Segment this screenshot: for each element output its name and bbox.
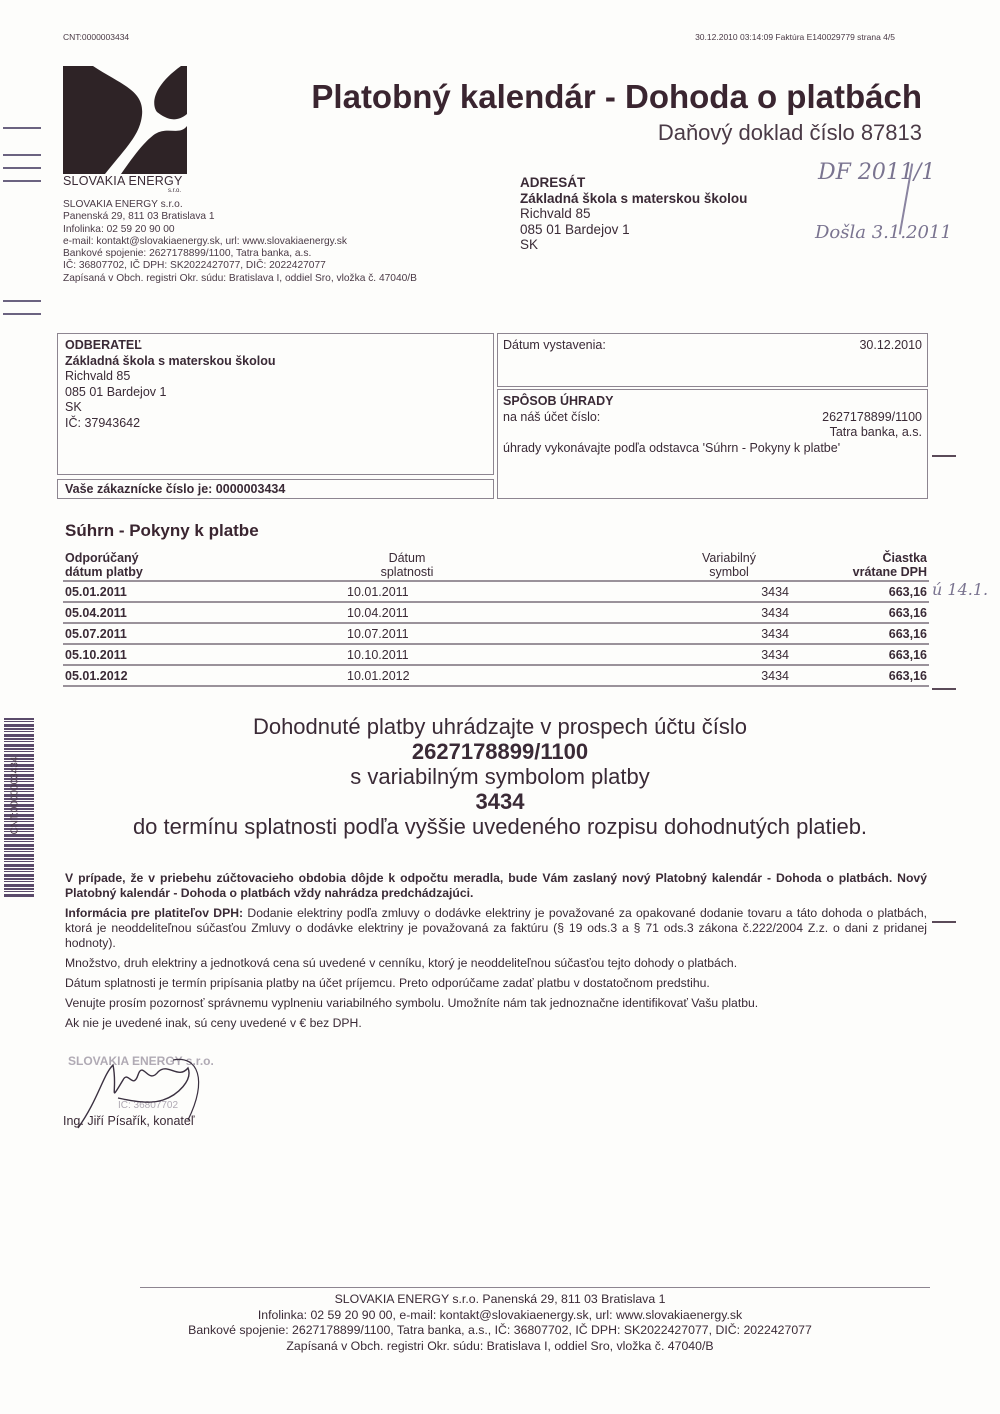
instruction-line: Dohodnuté platby uhrádzajte v prospech ú… [60, 714, 940, 739]
addressee-country: SK [520, 237, 747, 253]
instruction-variable-symbol: 3434 [60, 789, 940, 814]
payment-method-heading: SPÔSOB ÚHRADY [503, 394, 922, 410]
margin-mark [932, 688, 956, 690]
addressee-street: Richvald 85 [520, 206, 747, 222]
company-line: SLOVAKIA ENERGY s.r.o. [63, 199, 417, 211]
margin-mark [932, 921, 956, 923]
payment-schedule-table: Odporúčanýdátum platby Dátumsplatnosti V… [63, 549, 929, 687]
instruction-line: s variabilným symbolom platby [60, 764, 940, 789]
amount-cell: 663,16 [829, 665, 929, 686]
margin-mark [3, 313, 41, 315]
table-row: 05.04.201110.04.20113434663,16 [63, 602, 929, 623]
company-line: Infolinka: 02 59 20 90 00 [63, 224, 417, 236]
note-paragraph: Dátum splatnosti je termín pripísania pl… [65, 976, 927, 991]
account-number: 2627178899/1100 [822, 410, 922, 426]
customer-name: Základná škola s materskou školou [65, 354, 486, 370]
company-line: IČ: 36807702, IČ DPH: SK2022427077, DIČ:… [63, 260, 417, 272]
issue-date-box: Dátum vystavenia: 30.12.2010 [497, 333, 928, 387]
signatory-name: Ing. Jiří Písařík, konateľ [63, 1114, 194, 1128]
barcode-text: CNT:0000003434 [10, 741, 21, 851]
addressee-block: ADRESÁT Základná škola s materskou školo… [520, 175, 747, 253]
document-subtitle: Daňový doklad číslo 87813 [658, 120, 922, 146]
bank-name: Tatra banka, a.s. [503, 425, 922, 441]
customer-street: Richvald 85 [65, 369, 486, 385]
customer-heading: ODBERATEĽ [65, 338, 486, 354]
column-header-due-date: Dátumsplatnosti [247, 549, 549, 581]
handwritten-note: Došla 3.1.2011 [815, 222, 952, 243]
company-line: Zapísaná v Obch. registri Okr. súdu: Bra… [63, 273, 417, 285]
due-date-cell: 10.04.2011 [247, 602, 549, 623]
customer-city: 085 01 Bardejov 1 [65, 385, 486, 401]
document-title: Platobný kalendár - Dohoda o platbách [311, 78, 922, 116]
footer-line: Zapísaná v Obch. registri Okr. súdu: Bra… [100, 1339, 900, 1355]
footer-line: Infolinka: 02 59 20 90 00, e-mail: konta… [100, 1308, 900, 1324]
payment-method-box: SPÔSOB ÚHRADY na náš účet číslo: 2627178… [497, 389, 928, 499]
margin-mark [3, 127, 41, 129]
customer-country: SK [65, 400, 486, 416]
company-line: Panenská 29, 811 03 Bratislava 1 [63, 211, 417, 223]
due-date-cell: 10.10.2011 [247, 644, 549, 665]
instruction-account: 2627178899/1100 [60, 739, 940, 764]
company-line: Bankové spojenie: 2627178899/1100, Tatra… [63, 248, 417, 260]
recommended-date-cell: 05.07.2011 [63, 623, 247, 644]
amount-cell: 663,16 [829, 644, 929, 665]
recommended-date-cell: 05.10.2011 [63, 644, 247, 665]
due-date-cell: 10.07.2011 [247, 623, 549, 644]
column-header-recommended-date: Odporúčanýdátum platby [63, 549, 247, 581]
account-label: na náš účet číslo: [503, 410, 600, 426]
recommended-date-cell: 05.01.2012 [63, 665, 247, 686]
footer-divider [140, 1287, 930, 1288]
logo-name: SLOVAKIA ENERGY [63, 174, 182, 188]
header-invoice-info: 30.12.2010 03:14:09 Faktúra E140029779 s… [695, 32, 895, 42]
footer-line: Bankové spojenie: 2627178899/1100, Tatra… [100, 1323, 900, 1339]
margin-mark [3, 154, 41, 156]
footer-line: SLOVAKIA ENERGY s.r.o. Panenská 29, 811 … [100, 1292, 900, 1308]
recommended-date-cell: 05.04.2011 [63, 602, 247, 623]
note-paragraph: Venujte prosím pozornosť správnemu vypln… [65, 996, 927, 1011]
addressee-heading: ADRESÁT [520, 175, 747, 191]
variable-symbol-cell: 3434 [549, 602, 829, 623]
company-line: e-mail: kontakt@slovakiaenergy.sk, url: … [63, 236, 417, 248]
amount-cell: 663,16 [829, 623, 929, 644]
customer-ico: IČ: 37943642 [65, 416, 486, 432]
note-paragraph: Ak nie je uvedené inak, sú ceny uvedené … [65, 1016, 927, 1031]
addressee-name: Základná škola s materskou školou [520, 191, 747, 207]
header-cnt: CNT:0000003434 [63, 32, 129, 42]
payment-instructions: Dohodnuté platby uhrádzajte v prospech ú… [60, 714, 940, 839]
issue-date-label: Dátum vystavenia: [503, 338, 606, 352]
margin-mark [3, 300, 41, 302]
margin-mark [932, 455, 956, 457]
company-logo [63, 66, 187, 174]
recommended-date-cell: 05.01.2011 [63, 581, 247, 602]
table-header-row: Odporúčanýdátum platby Dátumsplatnosti V… [63, 549, 929, 581]
due-date-cell: 10.01.2012 [247, 665, 549, 686]
table-row: 05.01.201110.01.20113434663,16 [63, 581, 929, 602]
footer: SLOVAKIA ENERGY s.r.o. Panenská 29, 811 … [100, 1292, 900, 1354]
customer-number: Vaše zákaznícke číslo je: 0000003434 [57, 479, 494, 499]
variable-symbol-cell: 3434 [549, 644, 829, 665]
due-date-cell: 10.01.2011 [247, 581, 549, 602]
note-paragraph: Informácia pre platiteľov DPH: Dodanie e… [65, 906, 927, 951]
handwritten-note: ú 14.1. [932, 580, 988, 599]
payment-instruction: úhrady vykonávajte podľa odstavca 'Súhrn… [503, 441, 922, 457]
table-row: 05.01.201210.01.20123434663,16 [63, 665, 929, 686]
table-row: 05.10.201110.10.20113434663,16 [63, 644, 929, 665]
table-row: 05.07.201110.07.20113434663,16 [63, 623, 929, 644]
variable-symbol-cell: 3434 [549, 665, 829, 686]
variable-symbol-cell: 3434 [549, 581, 829, 602]
note-paragraph: Množstvo, druh elektriny a jednotková ce… [65, 956, 927, 971]
summary-title: Súhrn - Pokyny k platbe [65, 521, 259, 541]
customer-box: ODBERATEĽ Základná škola s materskou ško… [57, 333, 494, 475]
notes: V prípade, že v priebehu zúčtovacieho ob… [65, 871, 927, 1036]
addressee-city: 085 01 Bardejov 1 [520, 222, 747, 238]
variable-symbol-cell: 3434 [549, 623, 829, 644]
company-info: SLOVAKIA ENERGY s.r.o. Panenská 29, 811 … [63, 199, 417, 285]
margin-mark [3, 167, 41, 169]
instruction-line: do termínu splatnosti podľa vyššie uvede… [60, 814, 940, 839]
column-header-amount: Čiastkavrátane DPH [829, 549, 929, 581]
margin-mark [3, 180, 41, 182]
column-header-variable-symbol: Variabilnýsymbol [549, 549, 829, 581]
amount-cell: 663,16 [829, 602, 929, 623]
logo-suffix: s.r.o. [168, 188, 181, 194]
handwritten-note: DF 2011/1 [818, 160, 935, 185]
issue-date-value: 30.12.2010 [859, 338, 922, 352]
amount-cell: 663,16 [829, 581, 929, 602]
note-paragraph: V prípade, že v priebehu zúčtovacieho ob… [65, 871, 927, 901]
